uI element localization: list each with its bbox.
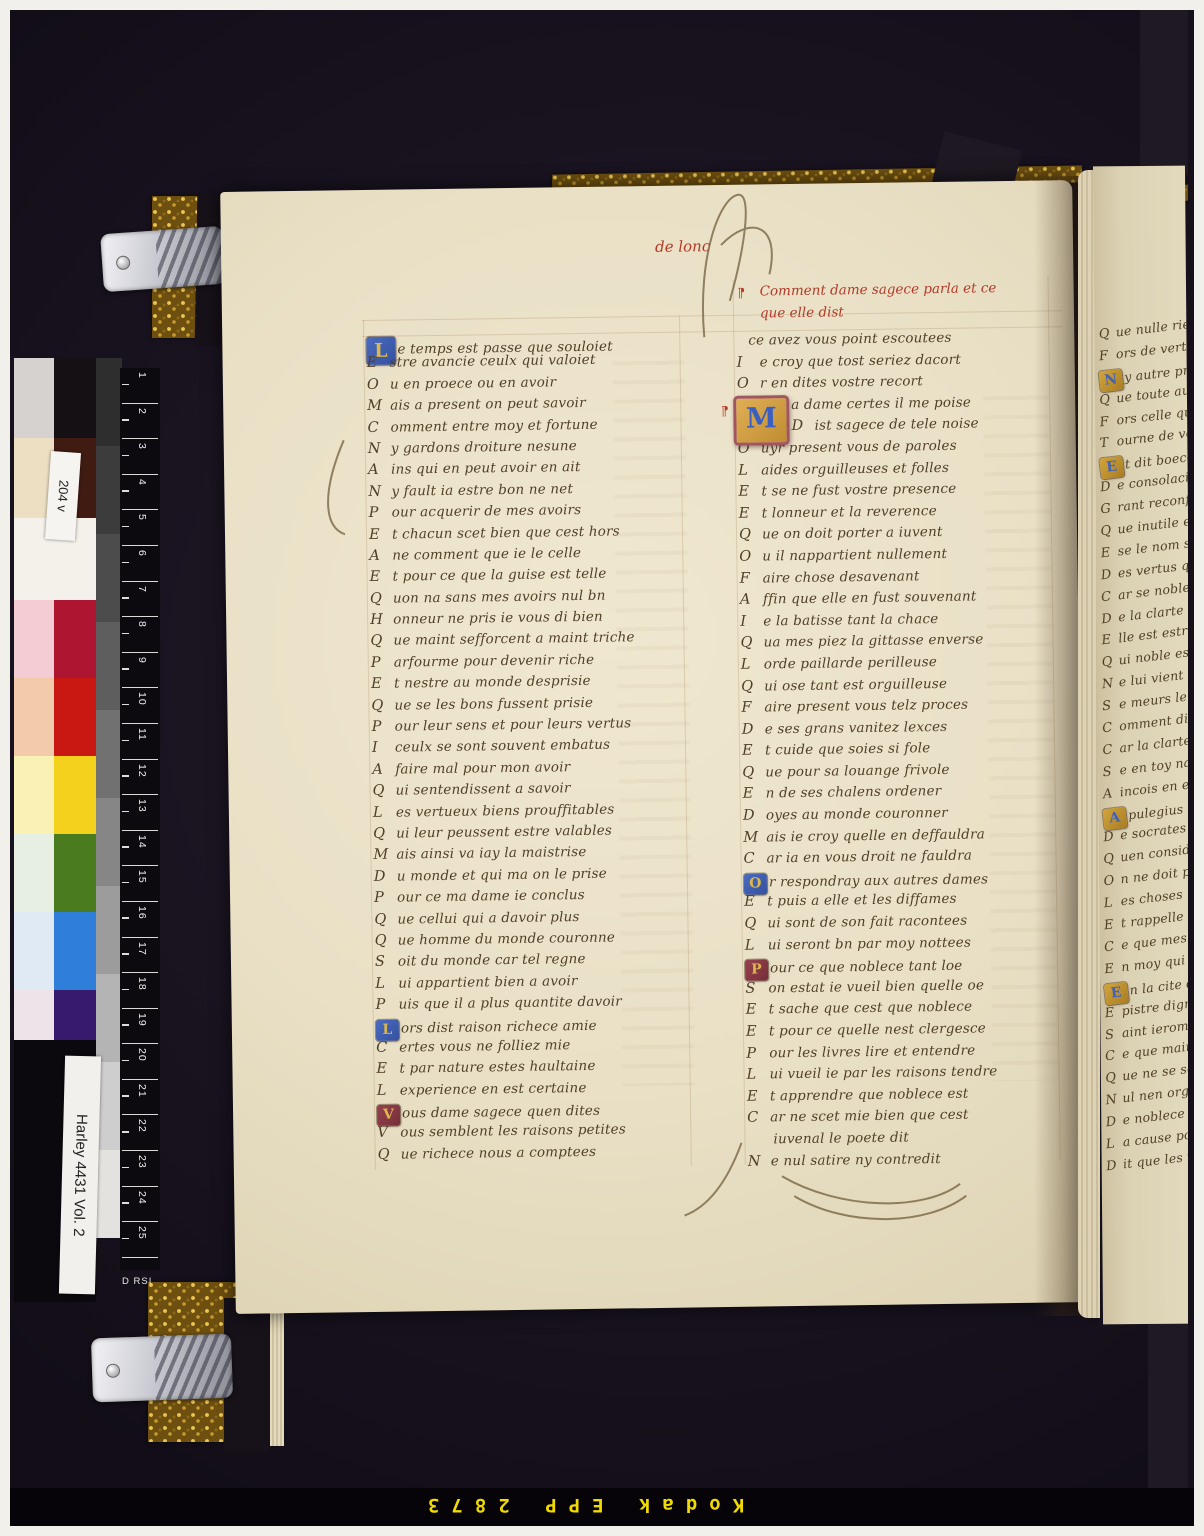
verse-text: on estat ie vueil bien quelle oe	[768, 977, 984, 996]
versal-capital: S	[745, 980, 768, 996]
verse-text: ors dist raison richece amie	[401, 1017, 597, 1036]
verse-text: ar ia en vous droit ne fauldra	[766, 848, 972, 867]
versal-capital: G	[1100, 501, 1119, 518]
verse-text: t pour ce quelle nest clergesce	[769, 1020, 986, 1039]
verse-text: aire chose desavenant	[763, 568, 920, 586]
color-patch	[14, 358, 54, 438]
illuminated-initial: M	[733, 395, 790, 446]
verse-text: e croy que tost seriez dacort	[760, 351, 962, 370]
ruler-segment: 13	[122, 795, 158, 831]
versal-capital: O	[739, 548, 762, 564]
gray-step	[96, 974, 122, 1062]
color-patch	[14, 990, 54, 1040]
versal-capital: E	[371, 676, 394, 692]
versal-capital: Q	[375, 933, 398, 949]
verse-text: ins qui en peut avoir en ait	[391, 459, 581, 478]
verse-text: aire present vous telz proces	[764, 697, 968, 716]
versal-capital: P	[369, 505, 392, 521]
ruler-segment: 18	[122, 973, 158, 1009]
versal-capital: D	[791, 418, 814, 434]
versal-capital: S	[1101, 698, 1120, 715]
verse-text: ais ie croy quelle en deffauldra	[766, 826, 985, 845]
verse-text: a dame certes il me poise	[791, 394, 971, 413]
versal-capital: H	[370, 612, 393, 628]
versal-capital: N	[1105, 1092, 1124, 1109]
versal-capital: Q	[1100, 523, 1119, 540]
verse-text: e la batisse tant la chace	[763, 611, 938, 629]
versal-capital: S	[1104, 1026, 1123, 1043]
gray-step	[96, 622, 122, 710]
grayscale-wedge	[96, 358, 122, 1238]
verse-text: our ce que noblece tant loe	[770, 958, 963, 977]
versal-capital: P	[374, 890, 397, 906]
versal-capital: P	[746, 1045, 769, 1061]
versal-capital: V	[377, 1125, 400, 1141]
versal-capital: L	[1105, 1135, 1124, 1152]
verse-text: t nestre au monde desprisie	[394, 673, 591, 692]
versal-capital: C	[1102, 741, 1121, 758]
versal-capital: D	[743, 808, 766, 824]
verse-text: ue on doit porter a iuvent	[762, 524, 943, 543]
versal-capital: N	[368, 483, 391, 499]
ruler-segment: 2	[122, 404, 158, 440]
verse-text: ais ainsi va iay la maistrise	[396, 844, 586, 863]
verse-text: ui sentendissent a savoir	[395, 780, 570, 798]
versal-capital: D	[1100, 566, 1119, 583]
versal-capital: C	[743, 851, 766, 867]
versal-capital: Q	[1098, 326, 1117, 343]
versal-capital: P	[372, 719, 395, 735]
verse-text: t par nature estes haultaine	[399, 1058, 595, 1077]
versal-capital: A	[740, 592, 763, 608]
ruler-segment: 16	[122, 902, 158, 938]
verse-text: our ce ma dame ie conclus	[397, 887, 585, 906]
versal-capital: C	[1103, 938, 1122, 955]
versal-capital: E	[744, 894, 767, 910]
verse-text: orde paillarde perilleuse	[764, 654, 937, 672]
verse-line: Que richece nous a comptees	[378, 1142, 690, 1168]
verse-text: u il nappartient nullement	[762, 546, 947, 565]
versal-capital: I	[740, 613, 763, 629]
versal-capital: A	[1102, 785, 1121, 802]
versal-capital: Q	[373, 826, 396, 842]
paragraph-mark-icon: ¶	[721, 403, 728, 418]
ruler-segment: 19	[122, 1009, 158, 1045]
verse-text: ui seront bn par moy nottees	[768, 934, 972, 953]
verse-text: t puis a elle et les diffames	[767, 891, 957, 910]
versal-capital: L	[1103, 895, 1122, 912]
color-patch-row	[14, 990, 96, 1040]
running-header: de lonc	[655, 237, 710, 256]
versal-capital: D	[374, 868, 397, 884]
versal-capital: D	[1101, 610, 1120, 627]
color-patch	[54, 358, 96, 438]
versal-capital: F	[740, 570, 763, 586]
color-patch	[54, 678, 96, 756]
versal-capital: Q	[372, 783, 395, 799]
facing-page-column: Que nulle riens nanFors de vertus avoirN…	[1099, 325, 1195, 1180]
versal-capital: N	[748, 1153, 771, 1169]
verse-text: ue nulle riens nan	[1115, 311, 1195, 339]
verse-text: t se ne fust vostre presence	[761, 481, 956, 500]
verse-text: ous semblent les raisons petites	[400, 1122, 626, 1141]
verse-text: es vertueux biens prouffitables	[396, 801, 615, 820]
versal-capital: D	[1105, 1157, 1124, 1174]
versal-capital: Q	[1105, 1070, 1124, 1087]
color-patch	[14, 600, 54, 678]
manuscript-facing-page: Que nulle riens nanFors de vertus avoirN…	[1093, 166, 1195, 1325]
ruler-segment: 5	[122, 510, 158, 546]
versal-capital: S	[1102, 763, 1121, 780]
color-patch	[54, 834, 96, 912]
verse-text: r en dites vostre recort	[760, 373, 923, 391]
verse-text: ceulx se sont souvent embatus	[395, 737, 610, 756]
verse-text: ui sont de son fait racontees	[767, 913, 967, 932]
verse-text: our acquerir de mes avoirs	[392, 502, 582, 521]
verse-text: ar ne scet mie bien que cest	[770, 1107, 969, 1126]
ruler-segment: 6	[122, 546, 158, 582]
measurement-ruler: 1234567891011121314151617181920212223242…	[120, 368, 160, 1270]
color-patch	[14, 756, 54, 834]
ruler-segment: 10	[122, 688, 158, 724]
ruler-segment: 11	[122, 724, 158, 760]
versal-capital: Q	[370, 633, 393, 649]
verse-text: our leur sens et pour leurs vertus	[395, 715, 632, 734]
verse-text: stre avancie ceulx qui valoiet	[390, 352, 596, 371]
gutter-shadow	[1034, 176, 1084, 1316]
strap-top-right	[1140, 0, 1194, 175]
versal-capital: D	[1105, 1114, 1124, 1131]
versal-capital: E	[746, 1002, 769, 1018]
verse-text: arfourme pour devenir riche	[394, 652, 595, 671]
metal-clip-bottom	[91, 1334, 233, 1403]
versal-capital: C	[747, 1110, 770, 1126]
ruler-segment: 17	[122, 938, 158, 974]
versal-capital: M	[743, 829, 766, 845]
versal-capital: C	[376, 1039, 399, 1055]
versal-capital: Q	[378, 1146, 401, 1162]
gray-step	[96, 446, 122, 534]
versal-capital: D	[1099, 479, 1118, 496]
versal-capital: L	[377, 1082, 400, 1098]
versal-capital: O	[737, 376, 760, 392]
verse-text: e ses grans vanitez lexces	[765, 719, 948, 738]
ruler-segment: 4	[122, 475, 158, 511]
illuminated-initial: N	[1098, 369, 1123, 392]
color-patch	[54, 756, 96, 834]
verse-text: our les livres lire et entendre	[769, 1042, 975, 1061]
versal-capital: Q	[1099, 391, 1118, 408]
ruler-segment: 9	[122, 653, 158, 689]
versal-capital: P	[375, 997, 398, 1013]
verse-text: t chacun scet bien que cest hors	[392, 523, 620, 542]
verse-text: ua mes piez la gittasse enverse	[763, 632, 983, 651]
verse-text: ais a present on peut savoir	[390, 395, 586, 414]
verse-text: oit du monde car tel regne	[398, 951, 586, 970]
folio-label: 204 v	[45, 451, 81, 541]
verse-text: ui leur peussent estre valables	[396, 823, 612, 842]
verse-text: ue se les bons fussent prisie	[394, 694, 593, 713]
versal-capital: E	[742, 743, 765, 759]
versal-capital: E	[376, 1061, 399, 1077]
verse-text: iuvenal le poete dit	[773, 1129, 909, 1147]
versal-capital: A	[369, 548, 392, 564]
verse-text: u monde et qui ma on le prise	[397, 865, 607, 884]
versal-capital: O	[1103, 873, 1122, 890]
gray-step	[96, 798, 122, 886]
verse-text: ue homme du monde couronne	[398, 930, 616, 949]
color-patch	[14, 834, 54, 912]
versal-capital: A	[368, 462, 391, 478]
verse-text: y gardons droiture nesune	[391, 438, 577, 457]
verse-text: onneur ne pris ie vous di bien	[393, 609, 603, 628]
verse-text: aides orguilleuses et folles	[761, 459, 949, 478]
verse-line: Ne nul satire ny contredit	[748, 1149, 1078, 1175]
gray-step	[96, 1150, 122, 1238]
versal-capital: Q	[740, 635, 763, 651]
ruler-segment: 21	[122, 1080, 158, 1116]
versal-capital: Q	[739, 527, 762, 543]
verse-text: ue pour sa louange frivole	[765, 762, 950, 781]
versal-capital: C	[367, 419, 390, 435]
verse-text: ce avez vous point escoutees	[748, 330, 952, 349]
versal-capital: S	[375, 954, 398, 970]
chapter-rubric: Comment dame sagece parla et ce que elle…	[759, 277, 996, 324]
shelfmark-label-text: Harley 4431 Vol. 2	[70, 1114, 90, 1237]
color-patch	[54, 990, 96, 1040]
illuminated-initial: L	[376, 1019, 399, 1040]
versal-capital: Q	[371, 697, 394, 713]
versal-capital: P	[371, 654, 394, 670]
versal-capital: Q	[1103, 851, 1122, 868]
versal-capital: Q	[374, 911, 397, 927]
versal-capital: F	[1098, 347, 1117, 364]
versal-capital: F	[741, 700, 764, 716]
ruler-segment: 23	[122, 1151, 158, 1187]
ruler-segment: 15	[122, 866, 158, 902]
versal-capital: L	[741, 656, 764, 672]
color-patch	[54, 600, 96, 678]
verse-text: r respondray aux autres dames	[769, 871, 989, 890]
color-patch-row	[14, 756, 96, 834]
metal-clip-top	[100, 226, 226, 292]
versal-capital: M	[373, 847, 396, 863]
versal-capital: O	[367, 376, 390, 392]
versal-capital: L	[375, 975, 398, 991]
versal-capital: E	[369, 569, 392, 585]
versal-capital: L	[738, 462, 761, 478]
versal-capital: E	[367, 355, 390, 371]
versal-capital: N	[1101, 676, 1120, 693]
verse-text: omment entre moy et fortune	[390, 416, 598, 435]
rubric-line: que elle dist	[760, 299, 997, 324]
ruler-segment: 3	[122, 439, 158, 475]
right-edge-shadow	[1188, 0, 1204, 1536]
versal-capital: E	[369, 526, 392, 542]
versal-capital: Q	[1101, 654, 1120, 671]
versal-capital: Q	[744, 915, 767, 931]
illuminated-initial: O	[744, 873, 767, 894]
folio-label-text: 204 v	[54, 480, 71, 513]
verse-text: t lonneur et la reverence	[762, 503, 937, 521]
verse-text: ui vueil ie par les raisons tendre	[769, 1063, 997, 1082]
color-patch-row	[14, 834, 96, 912]
versal-capital: Q	[742, 764, 765, 780]
verse-text: ne comment que ie le celle	[392, 545, 581, 564]
manuscript-left-page: de lonc ¶ ¶ Comment dame sagece parla et…	[220, 180, 1088, 1314]
verse-text: uis que il a plus quantite davoir	[398, 994, 622, 1013]
versal-capital: E	[743, 786, 766, 802]
verse-text: t apprendre que noblece est	[770, 1085, 969, 1104]
versal-capital: I	[372, 740, 395, 756]
text-column-b: ce avez vous point escouteesIe croy que …	[736, 328, 1078, 1175]
versal-capital: E	[1101, 632, 1120, 649]
verse-text: faire mal pour mon avoir	[395, 759, 570, 777]
film-strip: Kodak EPP 2873	[10, 1488, 1194, 1526]
versal-capital: M	[367, 398, 390, 414]
ruler-end-label: D RSI	[122, 1276, 152, 1287]
versal-capital: E	[738, 484, 761, 500]
verse-text: uyr present vous de paroles	[761, 438, 957, 457]
versal-capital: L	[746, 1067, 769, 1083]
ruler-segment: 25	[122, 1222, 158, 1258]
color-patch-row	[14, 600, 96, 678]
versal-capital: C	[1104, 1048, 1123, 1065]
verse-text: experience en est certaine	[400, 1080, 587, 1099]
illuminated-initial: V	[377, 1105, 400, 1126]
color-patch	[14, 678, 54, 756]
verse-text: ffin que elle en fust souvenant	[763, 589, 977, 608]
color-patch	[54, 912, 96, 990]
shelfmark-label: Harley 4431 Vol. 2	[59, 1056, 101, 1295]
verse-text: ui ose tant est orguilleuse	[764, 675, 947, 694]
versal-capital: Q	[741, 678, 764, 694]
ruler-segment: 7	[122, 582, 158, 618]
versal-capital: T	[1099, 435, 1118, 452]
versal-capital: C	[1102, 720, 1121, 737]
versal-capital: E	[739, 505, 762, 521]
versal-capital: F	[1099, 413, 1118, 430]
versal-capital: E	[1100, 544, 1119, 561]
versal-capital: D	[742, 721, 765, 737]
ruler-segment: 14	[122, 831, 158, 867]
ruler-segment: 8	[122, 617, 158, 653]
text-column-a: Le temps est passe que souloietEstre ava…	[366, 330, 690, 1169]
gray-step	[96, 358, 122, 446]
ruler-segment: 12	[122, 760, 158, 796]
ruler-segment: 1	[122, 368, 158, 404]
verse-text: ui appartient bien a avoir	[398, 973, 578, 992]
film-brand-label: Kodak EPP 2873	[380, 1494, 780, 1516]
verse-text: uon na sans mes avoirs nul bn	[393, 587, 606, 606]
versal-capital: C	[1100, 588, 1119, 605]
versal-capital: Q	[370, 590, 393, 606]
verse-text: ue richece nous a comptees	[401, 1144, 597, 1163]
verse-text: t sache que cest que noblece	[769, 999, 973, 1018]
rubric-line: Comment dame sagece parla et ce	[759, 277, 996, 302]
paragraph-mark-icon: ¶	[738, 285, 745, 300]
gray-step	[96, 710, 122, 798]
ruler-segment: 22	[122, 1115, 158, 1151]
versal-capital: L	[373, 804, 396, 820]
versal-capital: L	[745, 937, 768, 953]
color-patch-row	[14, 912, 96, 990]
verse-text: ous dame sagece quen dites	[402, 1103, 600, 1122]
versal-capital: D	[1102, 829, 1121, 846]
verse-text: e nul satire ny contredit	[771, 1151, 941, 1169]
ruler-segment: 24	[122, 1187, 158, 1223]
verse-text: n de ses chalens ordener	[766, 783, 942, 801]
versal-capital: E	[746, 1023, 769, 1039]
verse-text: y fault ia estre bon ne net	[391, 481, 573, 500]
versal-capital: E	[1104, 960, 1123, 977]
versal-capital: N	[368, 441, 391, 457]
illuminated-initial: E	[1104, 982, 1129, 1005]
verse-text: u en proece ou en avoir	[390, 374, 556, 392]
verse-text: ertes vous ne folliez mie	[399, 1037, 571, 1055]
versal-capital: A	[372, 761, 395, 777]
versal-capital: E	[1103, 917, 1122, 934]
color-patch-row	[14, 358, 96, 438]
gray-step	[96, 886, 122, 974]
verse-text: t pour ce que la guise est telle	[392, 566, 606, 585]
verse-text: t cuide que soies si fole	[765, 740, 931, 758]
verse-text: ist sagece de tele noise	[814, 416, 978, 434]
versal-capital: E	[1104, 1004, 1123, 1021]
ruler-segment: 20	[122, 1044, 158, 1080]
color-patch	[14, 912, 54, 990]
versal-capital: E	[747, 1088, 770, 1104]
color-patch-row	[14, 678, 96, 756]
versal-capital: I	[737, 354, 760, 370]
verse-text: ue maint sefforcent a maint triche	[393, 630, 634, 649]
photo-backdrop: 1234567891011121314151617181920212223242…	[0, 0, 1204, 1536]
verse-text: ue cellui qui a davoir plus	[397, 909, 579, 928]
verse-text: oyes au monde couronner	[766, 805, 948, 824]
gray-step	[96, 534, 122, 622]
illuminated-initial: P	[745, 960, 768, 981]
